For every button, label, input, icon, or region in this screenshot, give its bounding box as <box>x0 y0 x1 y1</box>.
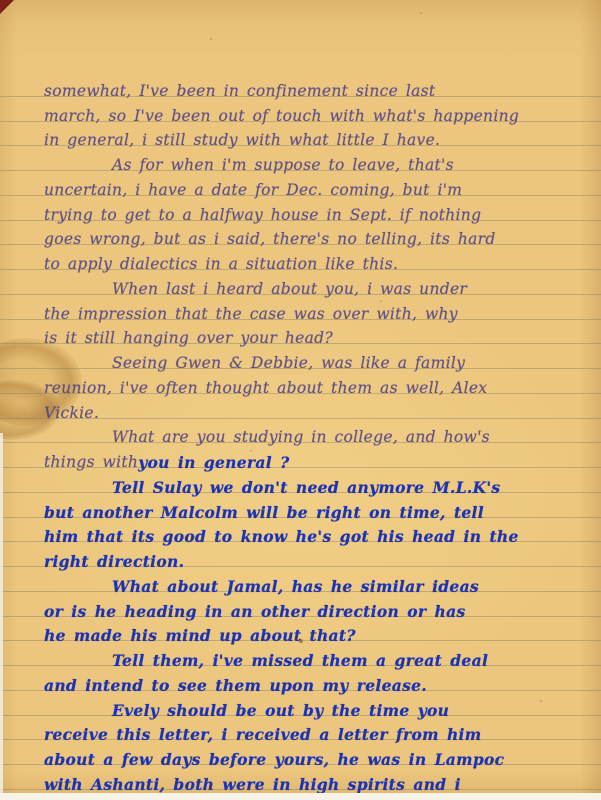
handwriting-text: you in general ? <box>138 455 289 470</box>
ruled-line-row: As for when i'm suppose to leave, that's <box>0 146 601 171</box>
ruled-line-row: Vickie. <box>0 394 601 419</box>
handwriting-text: goes wrong, but as i said, there's no te… <box>44 232 496 247</box>
handwriting-text: Tell them, i've missed them a great deal <box>112 653 488 668</box>
letter-page: somewhat, I've been in confinement since… <box>0 0 601 800</box>
ruled-line-row: uncertain, i have a date for Dec. coming… <box>0 171 601 196</box>
ruled-line-row: somewhat, I've been in confinement since… <box>0 72 601 97</box>
handwriting-text: Seeing Gwen & Debbie, was like a family <box>112 356 465 371</box>
handwriting-text: As for when i'm suppose to leave, that's <box>112 158 454 173</box>
ruled-line-row: trying to get to a halfway house in Sept… <box>0 196 601 221</box>
page-edge-highlight <box>0 433 3 793</box>
ruled-line-row: things with you in general ? <box>0 443 601 468</box>
ruled-line-row: When last i heard about you, i was under <box>0 270 601 295</box>
handwriting-text: uncertain, i have a date for Dec. coming… <box>44 183 462 198</box>
handwriting-text: but another Malcolm will be right on tim… <box>44 505 484 520</box>
handwriting-text: the impression that the case was over wi… <box>44 307 458 322</box>
handwriting-text: with Ashanti, both were in high spirits … <box>44 777 461 792</box>
ruled-line-row: march, so I've been out of touch with wh… <box>0 97 601 122</box>
handwriting-text: When last i heard about you, i was under <box>112 282 467 297</box>
handwriting-text: is it still hanging over your head? <box>44 331 333 346</box>
handwriting-text: or is he heading in an other direction o… <box>44 604 465 619</box>
handwriting-text: about a few days before yours, he was in… <box>44 752 504 767</box>
ruled-line-row: Tell Sulay we don't need anymore M.L.K's <box>0 468 601 493</box>
handwriting-text: Vickie. <box>44 406 99 421</box>
handwriting-text: What about Jamal, has he similar ideas <box>112 579 479 594</box>
handwriting-text: and intend to see them upon my release. <box>44 678 427 693</box>
handwriting-text: right direction. <box>44 554 184 569</box>
ruled-line-row: in general, i still study with what litt… <box>0 122 601 147</box>
handwriting-text: Tell Sulay we don't need anymore M.L.K's <box>112 480 500 495</box>
ruled-line-row: the impression that the case was over wi… <box>0 295 601 320</box>
handwriting-text: reunion, i've often thought about them a… <box>44 381 487 396</box>
handwriting-text: he made his mind up about that? <box>44 628 356 643</box>
handwriting-text: What are you studying in college, and ho… <box>112 430 490 445</box>
handwriting-text: Evely should be out by the time you <box>112 703 449 718</box>
handwriting-text: him that its good to know he's got his h… <box>44 529 519 544</box>
handwriting-text: things with <box>44 455 138 470</box>
ruled-line-row: What are you studying in college, and ho… <box>0 419 601 444</box>
ruled-line-row: goes wrong, but as i said, there's no te… <box>0 221 601 246</box>
handwriting-text: somewhat, I've been in confinement since… <box>44 84 435 99</box>
handwritten-text-block: somewhat, I've been in confinement since… <box>0 72 601 790</box>
handwriting-text: receive this letter, i received a letter… <box>44 727 481 742</box>
ruled-line-row: is it still hanging over your head? <box>0 320 601 345</box>
ruled-line-row: Seeing Gwen & Debbie, was like a family <box>0 344 601 369</box>
handwriting-text: trying to get to a halfway house in Sept… <box>44 208 481 223</box>
handwriting-text: to apply dialectics in a situation like … <box>44 257 398 272</box>
ruled-line-row: to apply dialectics in a situation like … <box>0 245 601 270</box>
page-bottom-edge <box>0 793 601 800</box>
ruled-line-row: reunion, i've often thought about them a… <box>0 369 601 394</box>
handwriting-text: march, so I've been out of touch with wh… <box>44 109 519 124</box>
page-corner-mark <box>0 0 14 14</box>
handwriting-text: in general, i still study with what litt… <box>44 133 440 148</box>
